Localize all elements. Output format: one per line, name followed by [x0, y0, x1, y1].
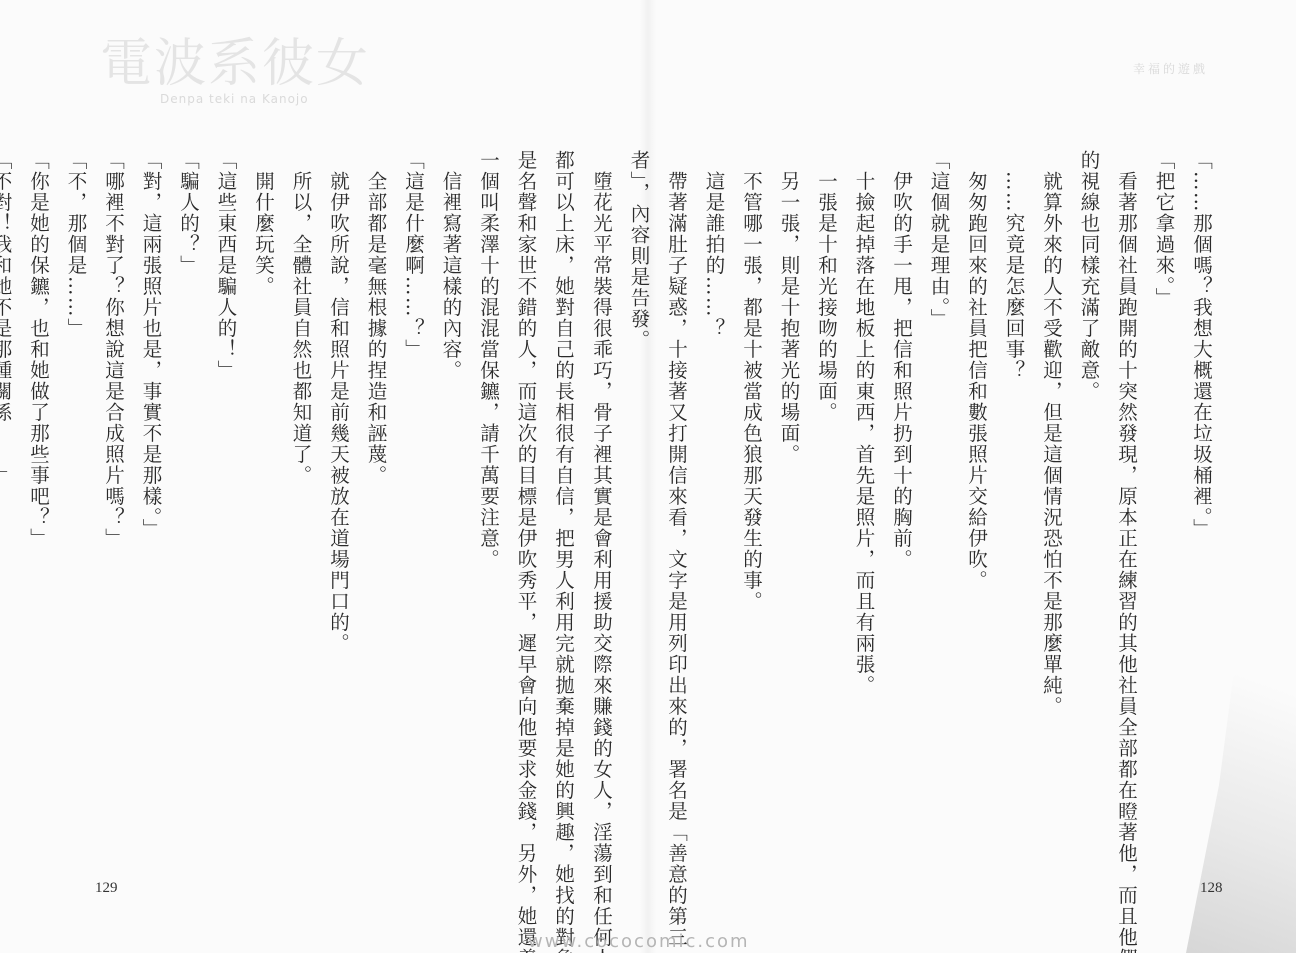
text-column: 所以，全體社員自然也都知道了。 [282, 150, 320, 870]
text-column: 「你是她的保鑣，也和她做了那些事吧？」 [20, 150, 58, 870]
text-column: 全部都是毫無根據的捏造和誣蔑。 [357, 150, 395, 870]
text-column: 都可以上床，她對自己的長相很有自信，把男人利用完就拋棄掉是她的興趣，她找的對象都 [545, 150, 583, 870]
text-column: 這是誰拍的……？ [695, 150, 733, 870]
text-column: 一張是十和光接吻的場面。 [808, 150, 846, 870]
text-column: 「對，這兩張照片也是，事實不是那樣。」 [132, 150, 170, 870]
text-column: 伊吹的手一甩，把信和照片扔到十的胸前。 [883, 150, 921, 870]
text-column: ……究竟是怎麼回事？ [995, 150, 1033, 870]
text-column: 十撿起掉落在地板上的東西，首先是照片，而且有兩張。 [845, 150, 883, 870]
book-spread: 電波系彼女 Denpa teki na Kanojo 幸福的遊戲 「……那個嗎？… [0, 0, 1296, 953]
text-column: 信裡寫著這樣的內容。 [432, 150, 470, 870]
text-column: 者」，內容則是告發。 [620, 150, 658, 870]
text-column: 「騙人的？」 [170, 150, 208, 870]
page-number-right: 128 [1200, 880, 1223, 897]
text-column: 就算外來的人不受歡迎，但是這個情況恐怕不是那麼單純。 [1033, 150, 1071, 870]
text-column: 開什麼玩笑。 [245, 150, 283, 870]
text-column: 的視線也同樣充滿了敵意。 [1070, 150, 1108, 870]
left-page-text: 都可以上床，她對自己的長相很有自信，把男人利用完就拋棄掉是她的興趣，她找的對象都… [82, 150, 582, 870]
text-column: 是名聲和家世不錯的人，而這次的目標是伊吹秀平，遲早會向他要求金錢，另外，她還養了 [507, 150, 545, 870]
right-page-text: 「……那個嗎？我想大概還在垃圾桶裡。」 「把它拿過來。」 看著那個社員跑開的十突… [694, 150, 1220, 870]
text-column: 看著那個社員跑開的十突然發現，原本正在練習的其他社員全部都在瞪著他，而且他們 [1108, 150, 1146, 870]
text-column: 就伊吹所說，信和照片是前幾天被放在道場門口的。 [320, 150, 358, 870]
text-column: 墮花光平常裝得很乖巧，骨子裡其實是會利用援助交際來賺錢的女人，淫蕩到和任何人 [583, 150, 621, 870]
text-column: 「這是什麼啊……？」 [395, 150, 433, 870]
text-column: 不管哪一張，都是十被當成色狼那天發生的事。 [733, 150, 771, 870]
text-column: 「這些東西是騙人的！」 [207, 150, 245, 870]
text-column: 「這個就是理由。」 [920, 150, 958, 870]
text-column: 「哪裡不對了？你想說這是合成照片嗎？」 [95, 150, 133, 870]
text-column: 帶著滿肚子疑惑，十接著又打開信來看，文字是用列印出來的，署名是「善意的第三 [658, 150, 696, 870]
series-title-header: 電波系彼女 [100, 38, 370, 90]
text-column: 「把它拿過來。」 [1145, 150, 1183, 870]
text-column: 匆匆跑回來的社員把信和數張照片交給伊吹。 [958, 150, 996, 870]
text-column: 一個叫柔澤十的混混當保鑣，請千萬要注意。 [470, 150, 508, 870]
text-column: 另一張，則是十抱著光的場面。 [770, 150, 808, 870]
site-watermark: www.cococomic.com [528, 931, 750, 952]
text-column: 「不，那個是……」 [57, 150, 95, 870]
text-column: 「……那個嗎？我想大概還在垃圾桶裡。」 [1183, 150, 1221, 870]
chapter-header: 幸福的遊戲 [1133, 60, 1208, 77]
series-romaji-header: Denpa teki na Kanojo [160, 92, 309, 106]
page-number-left: 129 [95, 880, 118, 897]
text-column: 「不對！我和她不是那種關係……」 [0, 150, 20, 870]
